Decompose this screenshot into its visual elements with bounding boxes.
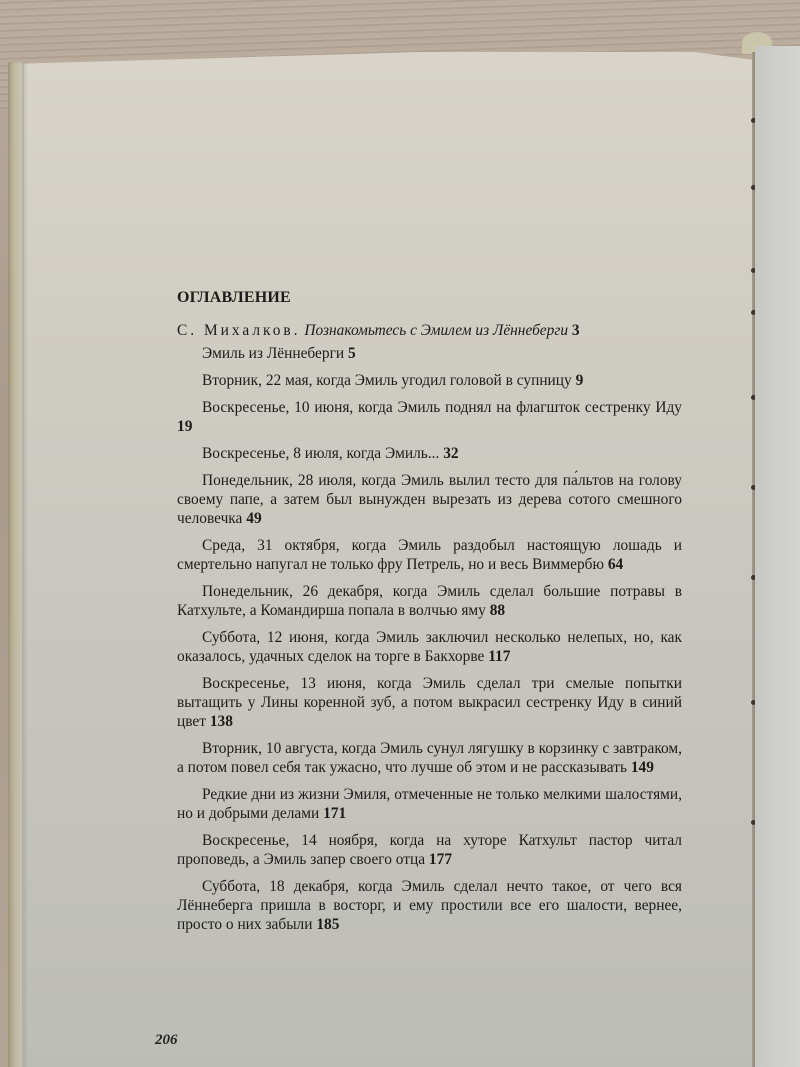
toc-entry-title: Среда, 31 октября, когда Эмиль раздобыл … (177, 537, 682, 573)
toc-entry-title: Понедельник, 26 декабря, когда Эмиль сде… (177, 583, 682, 619)
toc-entry: Понедельник, 28 июля, когда Эмиль вылил … (177, 471, 682, 528)
toc-entry: Суббота, 18 декабря, когда Эмиль сделал … (177, 877, 682, 934)
toc-entry: Вторник, 22 мая, когда Эмиль угодил голо… (177, 371, 682, 390)
toc-entry: Воскресенье, 10 июня, когда Эмиль поднял… (177, 398, 682, 436)
toc-page-number: 5 (348, 345, 356, 362)
facing-page (755, 46, 800, 1067)
toc-entry-intro: С. Михалков. Познакомьтесь с Эмилем из Л… (177, 321, 682, 340)
page-folio: 206 (155, 1032, 178, 1049)
toc-page-number: 9 (576, 372, 584, 389)
toc-page-number: 19 (177, 418, 192, 435)
toc-page-number: 177 (429, 851, 452, 868)
toc-page-number: 138 (210, 713, 233, 730)
toc-entries: Эмиль из Лённеберги 5Вторник, 22 мая, ко… (177, 344, 682, 934)
toc-entry: Эмиль из Лённеберги 5 (177, 344, 682, 363)
toc-entry-title: Суббота, 18 декабря, когда Эмиль сделал … (177, 878, 682, 933)
toc-entry: Вторник, 10 августа, когда Эмиль сунул л… (177, 739, 682, 777)
toc-entry: Редкие дни из жизни Эмиля, отмеченные не… (177, 785, 682, 823)
toc-page-number: 117 (488, 648, 510, 665)
toc-entry-title: Редкие дни из жизни Эмиля, отмеченные не… (177, 786, 682, 822)
toc-page-number: 171 (323, 805, 346, 822)
toc-entry: Суббота, 12 июня, когда Эмиль заключил н… (177, 628, 682, 666)
toc-entry-title: Воскресенье, 13 июня, когда Эмиль сделал… (177, 675, 682, 730)
toc-page-number: 32 (443, 445, 458, 462)
toc-page-number: 3 (572, 322, 580, 339)
table-of-contents: ОГЛАВЛЕНИЕ С. Михалков. Познакомьтесь с … (177, 288, 682, 942)
toc-page-number: 49 (246, 510, 261, 527)
toc-entry: Воскресенье, 14 ноября, когда на хуторе … (177, 831, 682, 869)
toc-intro-title: Познакомьтесь с Эмилем из Лённеберги (304, 322, 568, 339)
toc-author: С. Михалков. (177, 322, 301, 339)
toc-page-number: 149 (631, 759, 654, 776)
toc-page-number: 64 (608, 556, 623, 573)
toc-entry: Понедельник, 26 декабря, когда Эмиль сде… (177, 582, 682, 620)
toc-entry-title: Вторник, 10 августа, когда Эмиль сунул л… (177, 740, 682, 776)
toc-entry: Воскресенье, 13 июня, когда Эмиль сделал… (177, 674, 682, 731)
page-edge-shadow (22, 62, 28, 1067)
toc-heading: ОГЛАВЛЕНИЕ (177, 288, 682, 307)
toc-page-number: 88 (490, 602, 505, 619)
toc-page-number: 185 (316, 916, 339, 933)
toc-entry-title: Эмиль из Лённеберги (202, 345, 344, 362)
toc-entry-title: Суббота, 12 июня, когда Эмиль заключил н… (177, 629, 682, 665)
toc-entry: Воскресенье, 8 июля, когда Эмиль... 32 (177, 444, 682, 463)
toc-entry-title: Воскресенье, 8 июля, когда Эмиль... (202, 445, 439, 462)
toc-entry-title: Вторник, 22 мая, когда Эмиль угодил голо… (202, 372, 572, 389)
toc-entry-title: Воскресенье, 10 июня, когда Эмиль поднял… (202, 399, 682, 416)
toc-entry: Среда, 31 октября, когда Эмиль раздобыл … (177, 536, 682, 574)
